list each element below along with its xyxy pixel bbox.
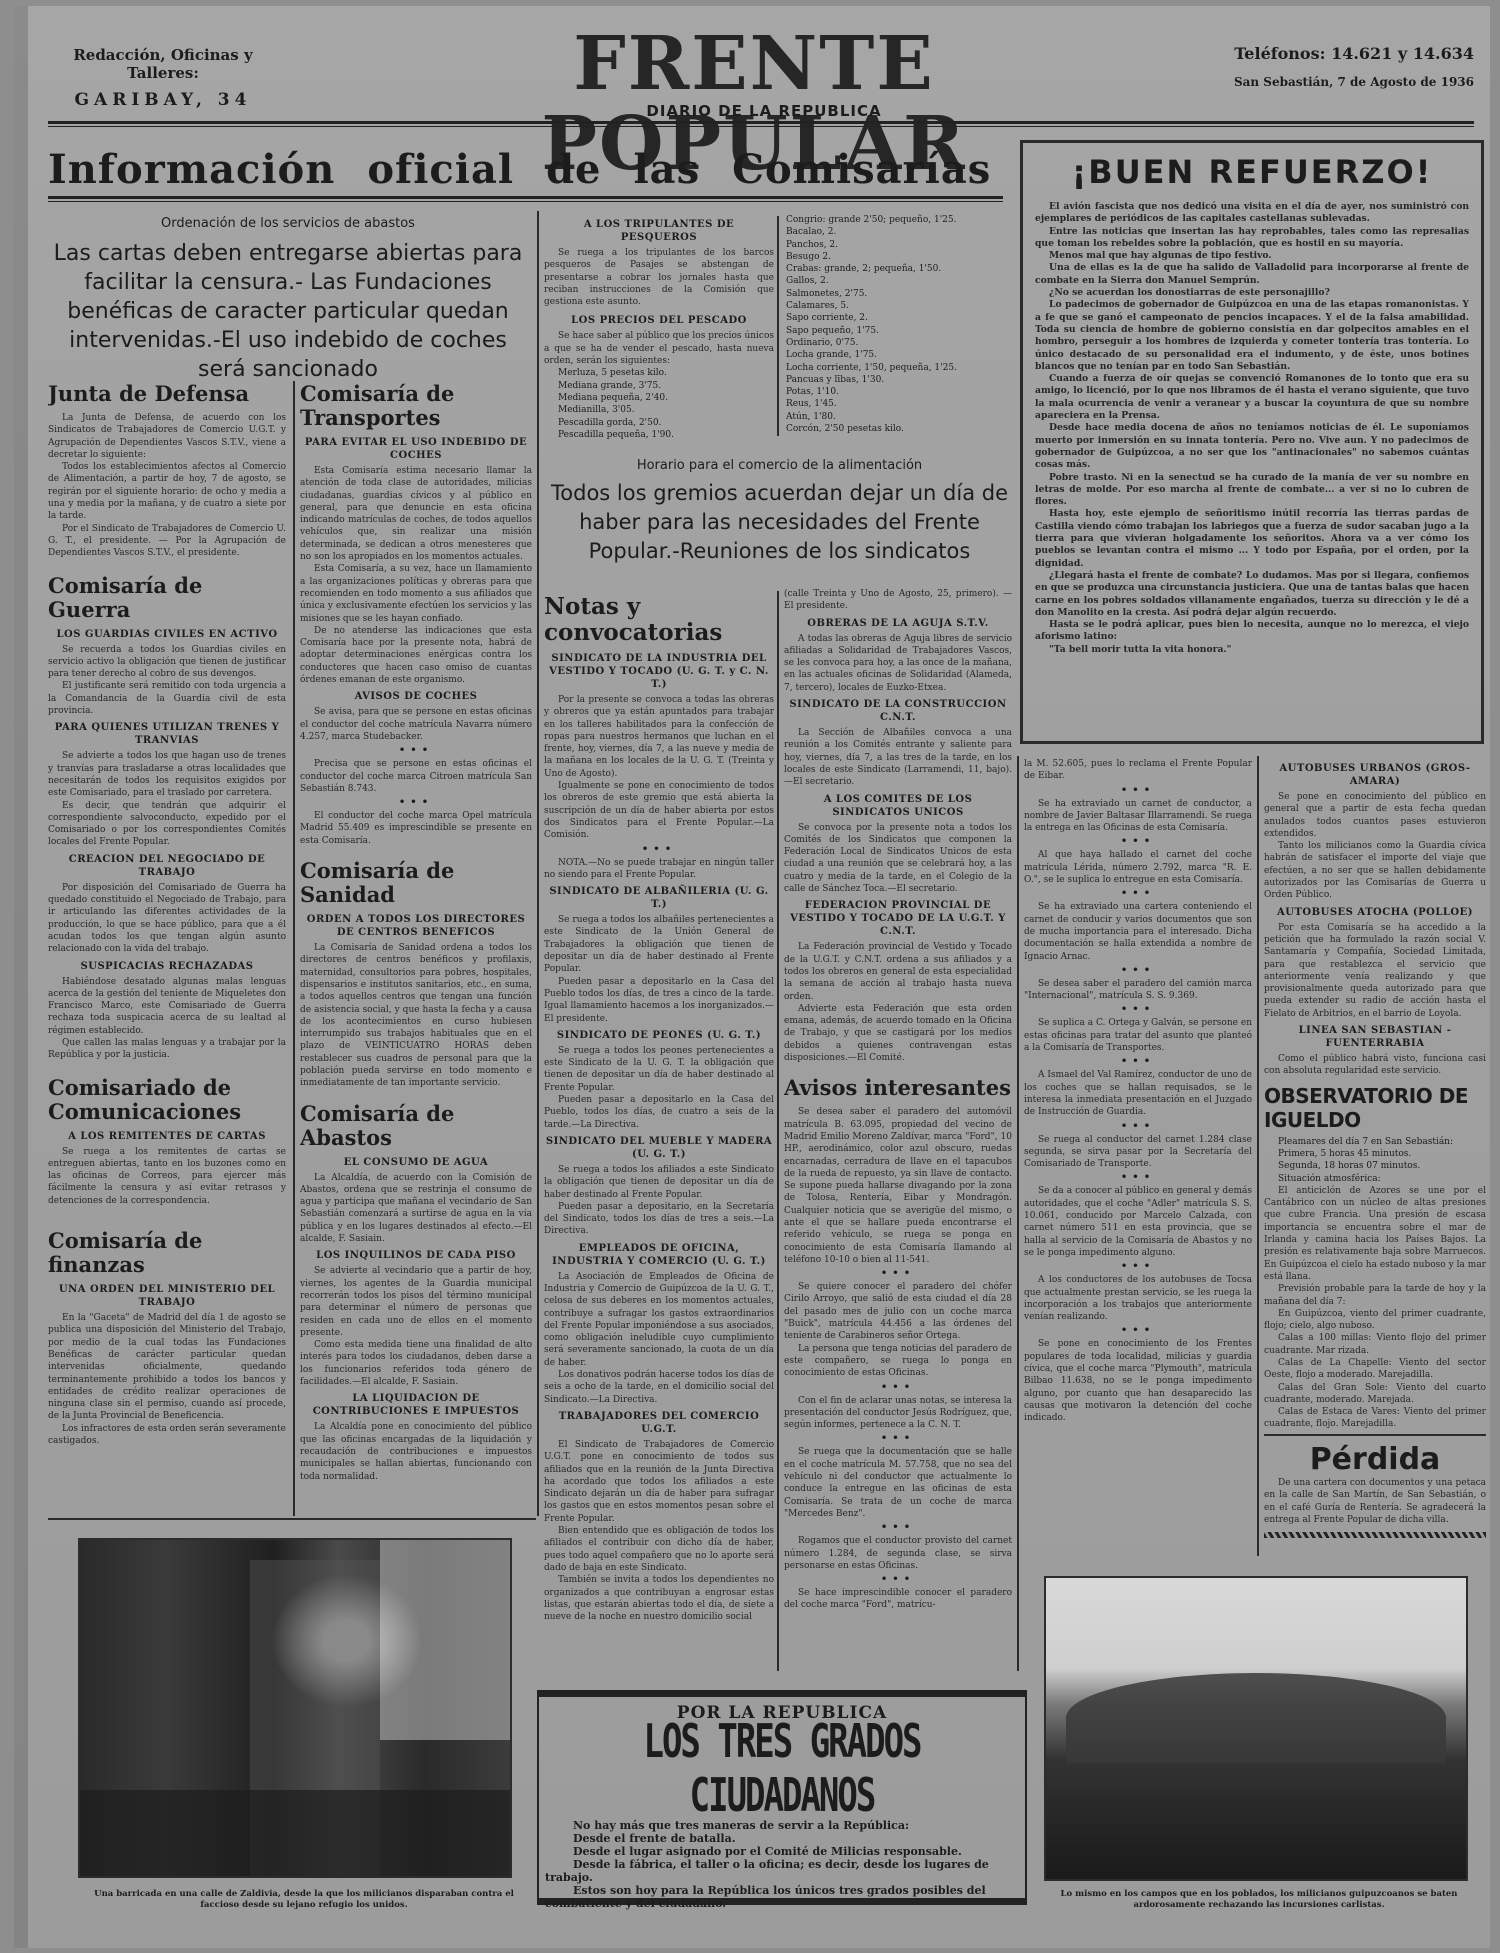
article-paragraph: Se hace saber al público que los precios… — [544, 330, 774, 367]
list-item: Mediana pequeña, 2'40. — [544, 392, 774, 404]
article-paragraph: Habiéndose desatado algunas malas lengua… — [48, 976, 286, 1037]
article-paragraph: Se ruega a los tripulantes de los barcos… — [544, 247, 774, 308]
article-paragraph: Precisa que se persone en estas oficinas… — [300, 758, 532, 795]
column-2: Comisaría de Transportes PARA EVITAR EL … — [300, 376, 532, 1526]
article-paragraph: A los conductores de los autobuses de To… — [1024, 1274, 1252, 1323]
list-item: Primera, 5 horas 45 minutos. — [1264, 1148, 1486, 1160]
separator-dots: ••• — [1024, 785, 1252, 796]
list-item: Situación atmosférica: — [1264, 1173, 1486, 1185]
subheading: A LOS TRIPULANTES DE PESQUEROS — [544, 218, 774, 244]
subheading: EL CONSUMO DE AGUA — [300, 1156, 532, 1169]
article-paragraph: Pueden pasar a depositarlo en la Casa de… — [544, 976, 774, 1025]
article-paragraph: En Guipúzcoa, viento del primer cuadrant… — [1264, 1308, 1486, 1333]
section-finanzas-title: Comisaría de finanzas — [48, 1229, 286, 1277]
article-paragraph: Se da a conocer al público en general y … — [1024, 1185, 1252, 1259]
list-item: Cuando a fuerza de oír quejas se convenc… — [1035, 373, 1469, 422]
column-divider — [293, 381, 295, 1516]
separator-dots: ••• — [1024, 836, 1252, 847]
divider — [1264, 1434, 1486, 1436]
list-item: Pescadilla gorda, 2'50. — [544, 417, 774, 429]
article-paragraph: la M. 52.605, pues lo reclama el Frente … — [1024, 758, 1252, 783]
section-junta-title: Junta de Defensa — [48, 382, 286, 406]
box-top-bar — [537, 1690, 1027, 1697]
column-divider — [777, 591, 779, 1671]
article-paragraph: La Comisaría de Sanidad ordena a todos l… — [300, 942, 532, 1090]
list-item: Lo padecimos de gobernador de Guipúzcoa … — [1035, 299, 1469, 373]
headline-rule — [48, 196, 1003, 202]
list-item: Pescadilla pequeña, 1'90. — [544, 429, 774, 441]
list-item: Hasta hoy, este ejemplo de señoritismo i… — [1035, 508, 1469, 569]
article-paragraph: Se ha extraviado una cartera conteniendo… — [1024, 901, 1252, 962]
column-divider — [777, 216, 779, 436]
article-paragraph: Por disposición del Comisariado de Guerr… — [48, 882, 286, 956]
list-item: Atún, 1'80. — [786, 411, 1011, 423]
subheading: AUTOBUSES ATOCHA (POLLOE) — [1264, 906, 1486, 919]
article-paragraph: Calas de La Chapelle: Viento del sector … — [1264, 1357, 1486, 1382]
article-paragraph: Por la presente se convoca a todas las o… — [544, 694, 774, 780]
article-paragraph: Se recuerda a todos los Guardias civiles… — [48, 644, 286, 681]
article-paragraph: Todos los establecimientos afectos al Co… — [48, 461, 286, 522]
section-notas-title: Notas y convocatorias — [544, 594, 774, 646]
separator-dots: ••• — [1024, 1261, 1252, 1272]
column-divider — [537, 211, 539, 1516]
subheading: SINDICATO DE PEONES (U. G. T.) — [544, 1029, 774, 1042]
article-paragraph: La Alcaldía pone en conocimiento del púb… — [300, 1421, 532, 1482]
republica-box: POR LA REPUBLICA LOS TRES GRADOS CIUDADA… — [537, 1690, 1027, 1910]
pesca-block: A LOS TRIPULANTES DE PESQUEROS Se ruega … — [544, 214, 774, 454]
list-item: Ordinario, 0'75. — [786, 337, 1011, 349]
headline-word: Información — [48, 146, 335, 193]
column-1: Junta de Defensa La Junta de Defensa, de… — [48, 376, 286, 1526]
article-paragraph: Rogamos que el conductor provisto del ca… — [784, 1535, 1012, 1572]
subheading: PARA QUIENES UTILIZAN TRENES Y TRANVIAS — [48, 721, 286, 747]
list-item: Sapo corriente, 2. — [786, 312, 1011, 324]
list-item: Merluza, 5 pesetas kilo. — [544, 367, 774, 379]
headline-word: Comisarías — [732, 146, 991, 193]
list-item: El avión fascista que nos dedicó una vis… — [1035, 201, 1469, 226]
subheading: PARA EVITAR EL USO INDEBIDO DE COCHES — [300, 436, 532, 462]
list-item: Mediana grande, 3'75. — [544, 380, 774, 392]
perdida-title: Pérdida — [1264, 1442, 1486, 1477]
subheading: EMPLEADOS DE OFICINA, INDUSTRIA Y COMERC… — [544, 1242, 774, 1268]
separator-dots: ••• — [784, 1382, 1012, 1393]
list-item: Reus, 1'45. — [786, 398, 1011, 410]
pesca-block-2: Congrio: grande 2'50; pequeño, 1'25.Baca… — [786, 214, 1011, 444]
list-item: Sapo pequeño, 1'75. — [786, 325, 1011, 337]
column-divider — [1017, 756, 1019, 1671]
republica-headline: LOS TRES GRADOS CIUDADANOS — [545, 1715, 1019, 1823]
tide-list: Pleamares del día 7 en San Sebastián:Pri… — [1264, 1136, 1486, 1185]
article-paragraph: Bien entendido que es obligación de todo… — [544, 1525, 774, 1574]
column-divider — [1257, 756, 1259, 1556]
list-item: Pobre trasto. Ni en la senectud se ha cu… — [1035, 472, 1469, 509]
article-paragraph: Pueden pasar a depositarlo en la Casa de… — [544, 1094, 774, 1131]
article-paragraph: A Ismael del Val Ramírez, conductor de u… — [1024, 1069, 1252, 1118]
subheading: SINDICATO DE ALBAÑILERIA (U. G. T.) — [544, 885, 774, 911]
list-item: Locha grande, 1'75. — [786, 349, 1011, 361]
abastos-deck-block: Ordenación de los servicios de abastos L… — [48, 216, 528, 384]
subheading: SINDICATO DE LA CONSTRUCCION C.N.T. — [784, 698, 1012, 724]
dateline: San Sebastián, 7 de Agosto de 1936 — [1194, 75, 1474, 89]
list-item: "Ta bell morir tutta la vita honora." — [1035, 644, 1469, 656]
list-item: Congrio: grande 2'50; pequeño, 1'25. — [786, 214, 1011, 226]
list-item: Potas, 1'10. — [786, 386, 1011, 398]
headline-word: de — [546, 146, 601, 193]
fish-price-list: Congrio: grande 2'50; pequeño, 1'25.Baca… — [786, 214, 1011, 435]
perdida-block: Pérdida De una cartera con documentos y … — [1264, 1434, 1486, 1564]
separator-dots: ••• — [1024, 1056, 1252, 1067]
article-paragraph: Esta Comisaría estima necesario llamar l… — [300, 465, 532, 563]
subheading: CREACION DEL NEGOCIADO DE TRABAJO — [48, 853, 286, 879]
list-item: Panchos, 2. — [786, 239, 1011, 251]
separator-dots: ••• — [300, 797, 532, 808]
article-paragraph: Los donativos podrán hacerse todos los d… — [544, 1369, 774, 1406]
section-avisos-title: Avisos interesantes — [784, 1076, 1012, 1100]
article-paragraph: Se ha extraviado un carnet de conductor,… — [1024, 798, 1252, 835]
article-paragraph: Se suplica a C. Ortega y Galván, se pers… — [1024, 1017, 1252, 1054]
list-item: Estos son hoy para la República los únic… — [545, 1884, 1019, 1910]
article-paragraph: Los infractores de esta orden serán seve… — [48, 1423, 286, 1448]
article-paragraph: Igualmente se pone en conocimiento de to… — [544, 780, 774, 841]
photo-caption-right: Lo mismo en los campos que en los poblad… — [1044, 1889, 1474, 1911]
article-paragraph: Se hace imprescindible conocer el parade… — [784, 1587, 1012, 1612]
article-paragraph: Calas a 100 millas: Viento flojo del pri… — [1264, 1332, 1486, 1357]
article-paragraph: Como el público habrá visto, funciona ca… — [1264, 1053, 1486, 1078]
fish-price-list: Merluza, 5 pesetas kilo.Mediana grande, … — [544, 367, 774, 441]
article-paragraph: El conductor del coche marca Opel matríc… — [300, 810, 532, 847]
list-item: Medianilla, 3'05. — [544, 404, 774, 416]
subheading: UNA ORDEN DEL MINISTERIO DEL TRABAJO — [48, 1283, 286, 1309]
section-guerra-title: Comisaría de Guerra — [48, 574, 286, 622]
photo-caption-left: Una barricada en una calle de Zaldivia, … — [84, 1889, 524, 1911]
address: GARIBAY, 34 — [48, 90, 278, 110]
abastos-kicker: Ordenación de los servicios de abastos — [48, 216, 528, 231]
subheading: OBRERAS DE LA AGUJA S.T.V. — [784, 617, 1012, 630]
list-item: Desde la fábrica, el taller o la oficina… — [545, 1858, 1019, 1884]
observatorio-title: OBSERVATORIO DE IGUELDO — [1264, 1084, 1486, 1132]
photo-hillside — [1044, 1576, 1468, 1881]
separator-dots: ••• — [784, 1433, 1012, 1444]
article-paragraph: Se ruega a todos los peones pertenecient… — [544, 1045, 774, 1094]
main-headline: InformaciónoficialdelasComisarías — [48, 146, 1003, 193]
separator-dots: ••• — [784, 1522, 1012, 1533]
separator-dots: ••• — [1024, 1121, 1252, 1132]
separator-dots: ••• — [1024, 888, 1252, 899]
section-comunicaciones-title: Comisariado de Comunicaciones — [48, 1076, 286, 1124]
separator-dots: ••• — [544, 844, 774, 855]
column-4: (calle Treinta y Uno de Agosto, 25, prim… — [784, 588, 1012, 1673]
list-item: Hasta se le podrá aplicar, pues bien lo … — [1035, 619, 1469, 644]
separator-dots: ••• — [1024, 1325, 1252, 1336]
article-paragraph: Esta Comisaría, a su vez, hace un llamam… — [300, 563, 532, 624]
article-paragraph: La Asociación de Empleados de Oficina de… — [544, 1271, 774, 1369]
article-paragraph: Se convoca por la presente nota a todos … — [784, 822, 1012, 896]
phones: Teléfonos: 14.621 y 14.634 — [1194, 44, 1474, 63]
article-paragraph: Se ruega a todos los afiliados a este Si… — [544, 1164, 774, 1201]
subheading: LOS INQUILINOS DE CADA PISO — [300, 1249, 532, 1262]
article-paragraph: Se desea saber el paradero del camión ma… — [1024, 978, 1252, 1003]
newspaper-subtitle: DIARIO DE LA REPUBLICA — [614, 102, 914, 120]
section-transportes-title: Comisaría de Transportes — [300, 382, 532, 430]
list-item: Bacalao, 2. — [786, 226, 1011, 238]
article-paragraph: La persona que tenga noticias del parade… — [784, 1343, 1012, 1380]
list-item: Besugo 2. — [786, 251, 1011, 263]
article-paragraph: Al que haya hallado el carnet del coche … — [1024, 849, 1252, 886]
section-abastos-title: Comisaría de Abastos — [300, 1102, 532, 1150]
article-paragraph: Se quiere conocer el paradero del chófer… — [784, 1281, 1012, 1342]
rope-divider — [1264, 1532, 1486, 1538]
list-item: Crabas: grande, 2; pequeña, 1'50. — [786, 263, 1011, 275]
article-paragraph: Advierte esta Federación que esta orden … — [784, 1003, 1012, 1064]
subheading: SUSPICACIAS RECHAZADAS — [48, 960, 286, 973]
list-item: Locha corriente, 1'50, pequeña, 1'25. — [786, 362, 1011, 374]
article-paragraph: Tanto los milicianos como la Guardia cív… — [1264, 840, 1486, 901]
refuerzo-body: El avión fascista que nos dedicó una vis… — [1035, 201, 1469, 656]
subheading: AVISOS DE COCHES — [300, 690, 532, 703]
article-paragraph: Calas de Estaca de Vares: Viento del pri… — [1264, 1406, 1486, 1431]
subheading: ORDEN A TODOS LOS DIRECTORES DE CENTROS … — [300, 913, 532, 939]
article-paragraph: El anticiclón de Azores se une por el Ca… — [1264, 1185, 1486, 1283]
list-item: Segunda, 18 horas 07 minutos. — [1264, 1160, 1486, 1172]
republica-body: No hay más que tres maneras de servir a … — [545, 1819, 1019, 1910]
headline-word: oficial — [367, 146, 514, 193]
column-6: AUTOBUSES URBANOS (GROS-AMARA) Se pone e… — [1264, 758, 1486, 1548]
article-paragraph: Se advierte al vecindario que a partir d… — [300, 1265, 532, 1339]
separator-dots: ••• — [300, 745, 532, 756]
headline-word: las — [633, 146, 700, 193]
list-item: Gallos, 2. — [786, 275, 1011, 287]
separator-dots: ••• — [784, 1574, 1012, 1585]
article-paragraph: Se desea saber el paradero del automóvil… — [784, 1106, 1012, 1266]
list-item: Menos mal que hay algunas de tipo festiv… — [1035, 250, 1469, 262]
list-item: Entre las noticias que insertan las hay … — [1035, 226, 1469, 251]
article-paragraph: Se pone en conocimiento de los Frentes p… — [1024, 1338, 1252, 1424]
separator-dots: ••• — [784, 1268, 1012, 1279]
subheading: AUTOBUSES URBANOS (GROS-AMARA) — [1264, 762, 1486, 788]
abastos-deck: Las cartas deben entregarse abiertas par… — [48, 239, 528, 384]
subheading: SINDICATO DEL MUEBLE Y MADERA (U. G. T.) — [544, 1135, 774, 1161]
article-paragraph: Por esta Comisaría se ha accedido a la p… — [1264, 922, 1486, 1020]
article-paragraph: La Junta de Defensa, de acuerdo con los … — [48, 412, 286, 461]
photo-barricade — [78, 1538, 512, 1878]
article-paragraph: El justificante será remitido con toda u… — [48, 680, 286, 717]
article-paragraph: De no atenderse las indicaciones que est… — [300, 625, 532, 686]
masthead-contact: Teléfonos: 14.621 y 14.634 San Sebastián… — [1194, 44, 1474, 89]
list-item: Una de ellas es la de que ha salido de V… — [1035, 262, 1469, 287]
list-item: Pleamares del día 7 en San Sebastián: — [1264, 1136, 1486, 1148]
refuerzo-box: ¡BUEN REFUERZO! El avión fascista que no… — [1020, 140, 1484, 744]
gremios-deck-block: Horario para el comercio de la alimentac… — [542, 458, 1017, 566]
list-item: Salmonetes, 2'75. — [786, 288, 1011, 300]
list-item: ¿No se acuerdan los donostiarras de este… — [1035, 287, 1469, 299]
list-item: Desde el lugar asignado por el Comité de… — [545, 1845, 1019, 1858]
list-item: Pancuas y lības, 1'30. — [786, 374, 1011, 386]
article-paragraph: Se ruega que la documentación que se hal… — [784, 1446, 1012, 1520]
subheading: FEDERACION PROVINCIAL DE VESTIDO Y TOCAD… — [784, 899, 1012, 938]
separator-dots: ••• — [1024, 965, 1252, 976]
column-5: la M. 52.605, pues lo reclama el Frente … — [1024, 758, 1252, 1548]
subheading: LINEA SAN SEBASTIAN - FUENTERRABIA — [1264, 1024, 1486, 1050]
list-item: Calamares, 5. — [786, 300, 1011, 312]
article-paragraph: Pueden pasar a depositario, en la Secret… — [544, 1201, 774, 1238]
subheading: A LOS COMITES DE LOS SINDICATOS UNICOS — [784, 793, 1012, 819]
article-paragraph: Por el Sindicato de Trabajadores de Come… — [48, 523, 286, 560]
separator-dots: ••• — [1024, 1004, 1252, 1015]
article-paragraph: El Sindicato de Trabajadores de Comercio… — [544, 1439, 774, 1525]
masthead-address: Redacción, Oficinas y Talleres: GARIBAY,… — [48, 46, 278, 110]
article-paragraph: Se advierte a todos los que hagan uso de… — [48, 750, 286, 799]
article-paragraph: La Federación provincial de Vestido y To… — [784, 941, 1012, 1002]
article-paragraph: Que callen las malas lenguas y a trabaja… — [48, 1037, 286, 1062]
separator-dots: ••• — [1024, 1172, 1252, 1183]
subheading: LOS GUARDIAS CIVILES EN ACTIVO — [48, 628, 286, 641]
article-paragraph: De una cartera con documentos y una peta… — [1264, 1477, 1486, 1526]
article-paragraph: NOTA.—No se puede trabajar en ningún tal… — [544, 857, 774, 882]
list-item: Desde hace media docena de años no tenía… — [1035, 422, 1469, 471]
masthead-rule — [48, 121, 1474, 127]
subheading: TRABAJADORES DEL COMERCIO U.G.T. — [544, 1410, 774, 1436]
list-item: Desde el frente de batalla. — [545, 1832, 1019, 1845]
article-paragraph: Se ruega a todos los albañiles perteneci… — [544, 914, 774, 975]
article-paragraph: Calas del Gran Sole: Viento del cuarto c… — [1264, 1382, 1486, 1407]
address-label: Redacción, Oficinas y Talleres: — [48, 46, 278, 82]
section-sanidad-title: Comisaría de Sanidad — [300, 859, 532, 907]
gremios-deck: Todos los gremios acuerdan dejar un día … — [542, 479, 1017, 566]
article-paragraph: Se avisa, para que se persone en estas o… — [300, 706, 532, 743]
list-item: ¿Llegará hasta el frente de combate? Lo … — [1035, 570, 1469, 619]
article-paragraph: Con el fin de aclarar unas notas, se int… — [784, 1395, 1012, 1432]
article-paragraph: Previsión probable para la tarde de hoy … — [1264, 1283, 1486, 1308]
refuerzo-title: ¡BUEN REFUERZO! — [1035, 153, 1469, 191]
gremios-kicker: Horario para el comercio de la alimentac… — [542, 458, 1017, 473]
article-paragraph: Se ruega a los remitentes de cartas se e… — [48, 1146, 286, 1207]
subheading: A LOS REMITENTES DE CARTAS — [48, 1130, 286, 1143]
subheading: SINDICATO DE LA INDUSTRIA DEL VESTIDO Y … — [544, 652, 774, 691]
article-paragraph: La Alcaldía, de acuerdo con la Comisión … — [300, 1172, 532, 1246]
article-paragraph: Es decir, que tendrán que adquirir el co… — [48, 800, 286, 849]
article-paragraph: En la "Gaceta" de Madrid del día 1 de ag… — [48, 1312, 286, 1423]
subheading: LOS PRECIOS DEL PESCADO — [544, 314, 774, 327]
column-3: Notas y convocatorias SINDICATO DE LA IN… — [544, 588, 774, 1673]
article-paragraph: Se pone en conocimiento del público en g… — [1264, 791, 1486, 840]
article-paragraph: También se invita a todos los dependient… — [544, 1574, 774, 1623]
divider — [48, 1518, 536, 1520]
subheading: LA LIQUIDACION DE CONTRIBUCIONES E IMPUE… — [300, 1392, 532, 1418]
list-item: Corcón, 2'50 pesetas kilo. — [786, 423, 1011, 435]
newspaper-page: Redacción, Oficinas y Talleres: GARIBAY,… — [14, 6, 1490, 1948]
article-paragraph: A todas las obreras de Aguja libres de s… — [784, 633, 1012, 694]
article-paragraph: Como esta medida tiene una finalidad de … — [300, 1339, 532, 1388]
article-paragraph: La Sección de Albañiles convoca a una re… — [784, 727, 1012, 788]
article-paragraph: (calle Treinta y Uno de Agosto, 25, prim… — [784, 588, 1012, 613]
article-paragraph: Se ruega al conductor del carnet 1.284 c… — [1024, 1134, 1252, 1171]
